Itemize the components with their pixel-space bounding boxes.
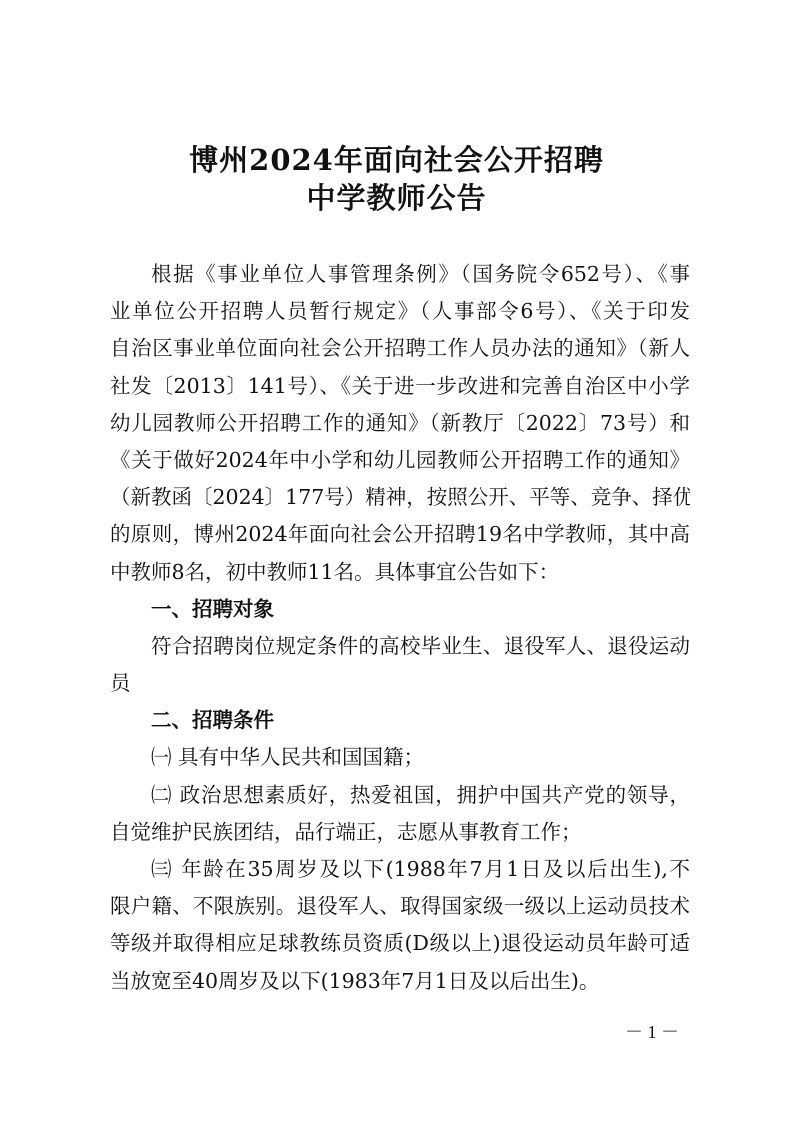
page-number: － 1 － bbox=[625, 1018, 679, 1044]
intro-line: （新教函〔2024〕177号）精神，按照公开、平等、竞争、择优 bbox=[110, 479, 690, 516]
intro-line: 《关于做好2024年中小学和幼儿园教师公开招聘工作的通知》 bbox=[110, 442, 690, 479]
intro-line: 的原则，博州2024年面向社会公开招聘19名中学教师，其中高 bbox=[110, 516, 690, 553]
intro-line: 根据《事业单位人事管理条例》（国务院令652号）、《事 bbox=[110, 256, 690, 293]
intro-line: 中教师8名，初中教师11名。具体事宜公告如下： bbox=[110, 554, 690, 591]
condition-3-line: ㈢ 年龄在35周岁及以下(1988年7月1日及以后出生),不 bbox=[110, 851, 690, 888]
section-heading-recruitment-targets: 一、招聘对象 bbox=[110, 591, 690, 628]
intro-line: 自治区事业单位面向社会公开招聘工作人员办法的通知》（新人 bbox=[110, 330, 690, 367]
condition-3-line: 当放宽至40周岁及以下(1983年7月1日及以后出生)。 bbox=[110, 963, 690, 1000]
condition-2-line: 自觉维护民族团结，品行端正，志愿从事教育工作； bbox=[110, 814, 690, 851]
document-title-line-2: 中学教师公告 bbox=[0, 178, 793, 218]
section1-line: 符合招聘岗位规定条件的高校毕业生、退役军人、退役运动 bbox=[110, 628, 690, 665]
intro-line: 社发〔2013〕141号）、《关于进一步改进和完善自治区中小学 bbox=[110, 368, 690, 405]
intro-line: 幼儿园教师公开招聘工作的通知》（新教厅〔2022〕73号）和 bbox=[110, 405, 690, 442]
condition-1-line: ㈠ 具有中华人民共和国国籍； bbox=[110, 739, 690, 776]
condition-2-line: ㈡ 政治思想素质好，热爱祖国，拥护中国共产党的领导， bbox=[110, 777, 690, 814]
section1-line: 员 bbox=[110, 665, 690, 702]
document-body: 根据《事业单位人事管理条例》（国务院令652号）、《事 业单位公开招聘人员暂行规… bbox=[110, 256, 690, 1000]
section-heading-recruitment-conditions: 二、招聘条件 bbox=[110, 702, 690, 739]
condition-3-line: 等级并取得相应足球教练员资质(D级以上)退役运动员年龄可适 bbox=[110, 925, 690, 962]
document-title-line-1: 博州2024年面向社会公开招聘 bbox=[0, 140, 793, 180]
condition-3-line: 限户籍、不限族别。退役军人、取得国家级一级以上运动员技术 bbox=[110, 888, 690, 925]
intro-line: 业单位公开招聘人员暂行规定》（人事部令6号）、《关于印发 bbox=[110, 293, 690, 330]
